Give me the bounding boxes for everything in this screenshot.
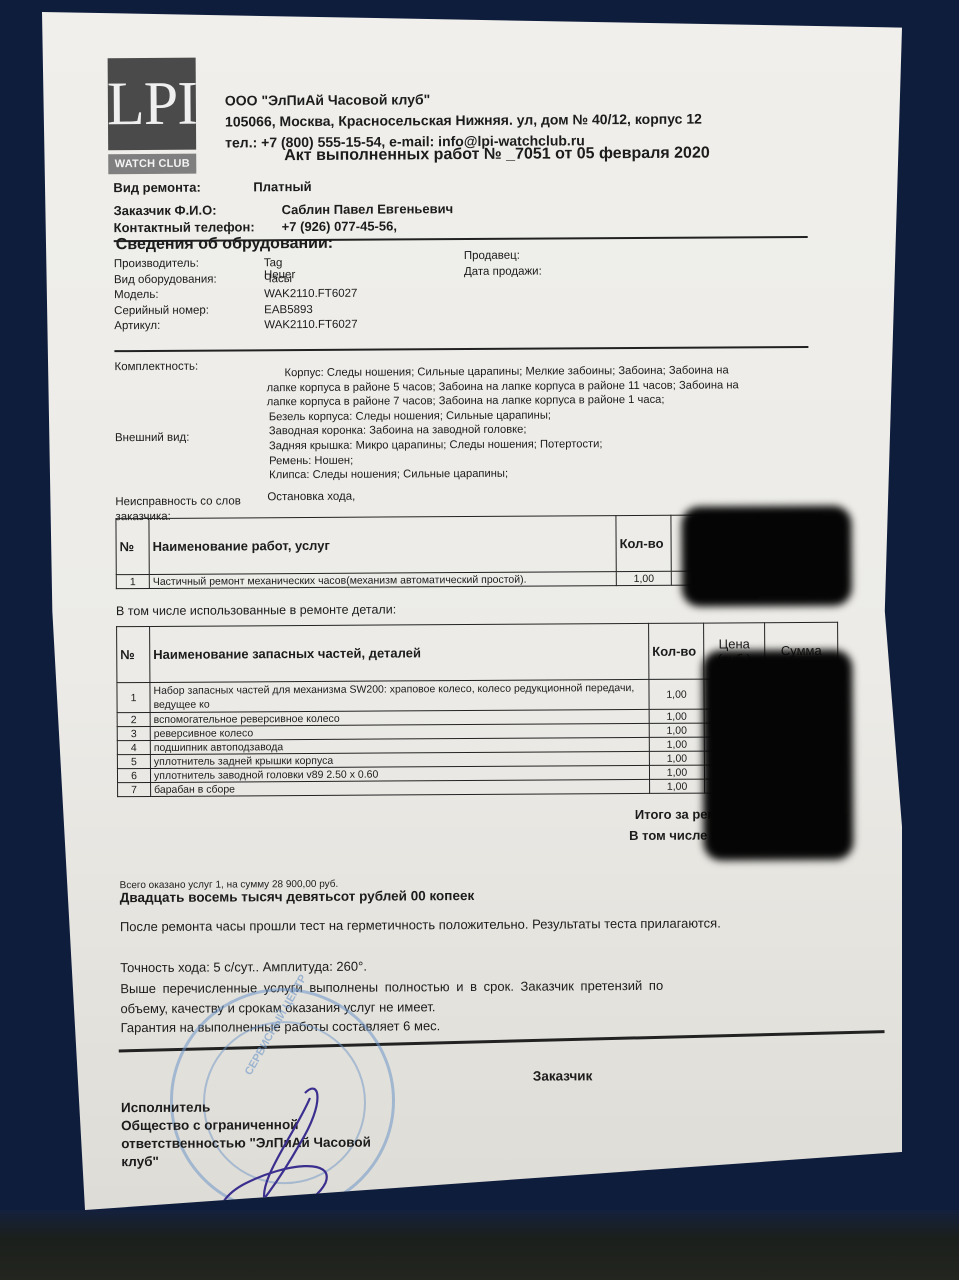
seller-info: Продавец: Дата продажи:: [464, 249, 542, 280]
row-qty: 1,00: [650, 779, 705, 793]
sale-date-label: Дата продажи:: [464, 264, 542, 280]
equipment-title: Сведения об обрудовании:: [116, 235, 333, 254]
row-qty: 1,00: [649, 765, 704, 779]
divider: [114, 346, 808, 352]
customer-name-value: Саблин Павел Евгеньевич: [281, 201, 453, 217]
col-qty: Кол-во: [616, 515, 671, 571]
company-address: 105066, Москва, Красносельская Нижняя. у…: [225, 111, 702, 130]
row-qty: 1,00: [616, 571, 671, 585]
row-num: 7: [118, 782, 151, 796]
equipment-row: Артикул:WAK2110.FT6027: [114, 320, 217, 336]
customer-phone-label: Контактный телефон:: [114, 219, 255, 235]
parts-caption: В том числе использованные в ремонте дет…: [116, 602, 396, 618]
col-num: №: [116, 518, 149, 574]
equipment-row: Серийный номер:EAB5893: [114, 304, 217, 320]
fault-value: Остановка хода,: [267, 491, 355, 504]
equipment-label: Производитель:: [114, 258, 199, 271]
note-line: Выше перечисленные услуги выполнены полн…: [120, 978, 663, 996]
equipment-label: Вид оборудования:: [114, 273, 217, 286]
completeness-label: Комплектность:: [114, 361, 198, 374]
row-num: 2: [117, 712, 150, 726]
equipment-label: Модель:: [114, 289, 159, 301]
appearance-line: Клипса: Следы ношения; Сильные царапины;: [269, 465, 807, 483]
act-title: Акт выполненных работ № _7051 от 05 февр…: [284, 145, 710, 166]
customer-phone: Контактный телефон: +7 (926) 077-45-56,: [114, 219, 255, 235]
row-num: 3: [117, 726, 150, 740]
repair-type-label: Вид ремонта:: [113, 180, 201, 196]
table-surface: [0, 1210, 959, 1280]
fault-label-line: Неисправность со слов: [115, 494, 241, 510]
row-qty: 1,00: [649, 723, 704, 737]
customer-signature-label: Заказчик: [533, 1067, 593, 1085]
equipment-label: Артикул:: [114, 320, 160, 332]
row-name: Набор запасных частей для механизма SW20…: [150, 679, 649, 712]
row-num: 4: [117, 740, 150, 754]
redaction-mark: [702, 650, 853, 861]
appearance-label: Внешний вид:: [115, 432, 190, 444]
equipment-row: Производитель:Tag Heuer: [114, 258, 217, 274]
row-num: 1: [117, 682, 150, 712]
row-num: 5: [117, 754, 150, 768]
equipment-value: WAK2110.FT6027: [264, 288, 357, 301]
col-qty: Кол-во: [649, 623, 704, 679]
equipment-label: Серийный номер:: [114, 304, 209, 317]
company-logo: LPI WATCH CLUB: [108, 58, 197, 175]
company-name: ООО "ЭлПиАй Часовой клуб": [225, 90, 702, 109]
equipment-value: EAB5893: [264, 303, 313, 315]
logo-subtitle: WATCH CLUB: [108, 154, 196, 175]
equipment-value: Часы: [264, 273, 292, 285]
redaction-mark: [681, 506, 852, 607]
equipment-value: WAK2110.FT6027: [264, 319, 357, 332]
col-name: Наименование запасных частей, деталей: [150, 623, 649, 682]
equipment-details: Производитель:Tag HeuerВид оборудования:…: [114, 258, 217, 336]
customer-phone-value: +7 (926) 077-45-56,: [282, 218, 397, 234]
appearance-details: Корпус: Следы ношения; Сильные царапины;…: [267, 363, 808, 483]
seller-label: Продавец:: [464, 249, 542, 265]
equipment-row: Вид оборудования:Часы: [114, 273, 217, 289]
row-num: 1: [116, 574, 149, 588]
equipment-row: Модель:WAK2110.FT6027: [114, 289, 217, 305]
note-line: После ремонта часы прошли тест на гермет…: [120, 915, 721, 934]
col-name: Наименование работ, услуг: [149, 516, 616, 575]
row-num: 6: [117, 768, 150, 782]
row-qty: 1,00: [649, 751, 704, 765]
row-qty: 1,00: [649, 709, 704, 723]
col-num: №: [117, 626, 150, 682]
note-line: Точность хода: 5 с/сут.. Амплитуда: 260°…: [120, 959, 367, 976]
summary-words: Двадцать восемь тысяч девятьсот рублей 0…: [120, 888, 475, 905]
repair-type-value: Платный: [253, 179, 311, 194]
row-name: барабан в сборе: [151, 779, 650, 796]
row-qty: 1,00: [649, 679, 704, 709]
row-qty: 1,00: [649, 737, 704, 751]
row-name: Частичный ремонт механических часов(меха…: [149, 572, 616, 589]
customer-name-label: Заказчик Ф.И.О:: [114, 203, 217, 219]
repair-type: Вид ремонта: Платный: [113, 180, 201, 196]
customer-name: Заказчик Ф.И.О: Саблин Павел Евгеньевич: [114, 203, 217, 219]
document-sheet: LPI WATCH CLUB ООО "ЭлПиАй Часовой клуб"…: [42, 12, 902, 1210]
logo-mark: LPI: [108, 58, 197, 151]
